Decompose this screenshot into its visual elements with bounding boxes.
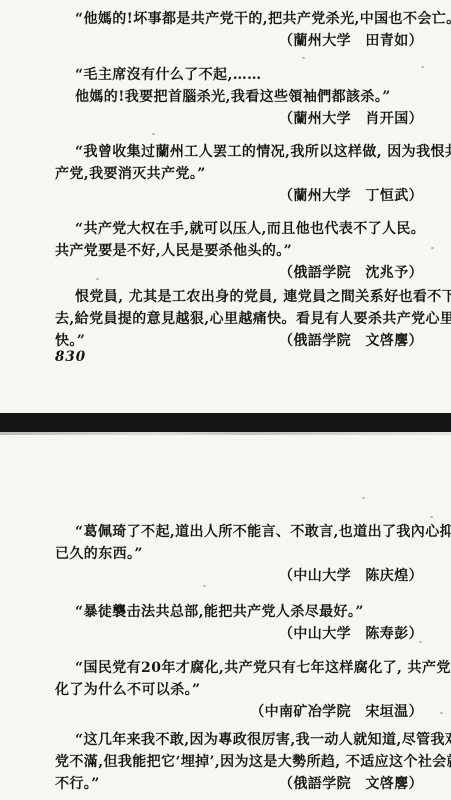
document-scan: “他媽的!坏事都是共产党干的,把共产党杀光,中国也不会亡。”（蘭州大学 田青如）… bbox=[0, 0, 451, 800]
attribution-line: 快。”（俄語学院 文啓麐） bbox=[55, 330, 440, 352]
scan-speckle bbox=[152, 133, 155, 135]
attribution-label: （蘭州大学 肖开国） bbox=[279, 108, 423, 130]
quote-line: “毛主席沒有什么了不起,…… bbox=[55, 64, 440, 86]
attribution-line: （中山大学 陈庆煌） bbox=[55, 565, 440, 587]
quote-paragraph: “国民党有20年才腐化,共产党只有七年这样腐化了, 共产党腐化了为什么不可以杀。… bbox=[0, 657, 451, 723]
quote-line: 恨党員, 尤其是工农出身的党員, 連党員之間关系好也看不下 bbox=[55, 286, 440, 308]
quote-line: “共产党大权在手,就可以压人,而且他也代表不了人民。 bbox=[55, 218, 440, 240]
quote-line: “我曾收集过蘭州工人罢工的情况,我所以这样做, 因为我恨共 bbox=[55, 141, 440, 163]
attribution-label: （中山大学 陈庆煌） bbox=[279, 565, 423, 587]
scan-speckle bbox=[440, 712, 443, 714]
quote-paragraph: “他媽的!坏事都是共产党干的,把共产党杀光,中国也不会亡。”（蘭州大学 田青如） bbox=[0, 8, 451, 52]
attribution-line: 不行。”（俄語学院 文啓麐） bbox=[55, 773, 440, 795]
attribution-line: （俄語学院 沈兆予） bbox=[55, 262, 440, 284]
page-number: 830 bbox=[55, 349, 86, 365]
attribution-line: （蘭州大学 肖开国） bbox=[55, 108, 440, 130]
quote-line-tail: 不行。” bbox=[55, 773, 100, 795]
page-divider-bar bbox=[0, 413, 451, 432]
quote-line: 化了为什么不可以杀。” bbox=[55, 679, 440, 701]
quote-line: 他媽的!我要把首腦杀光,我看这些領袖們都該杀。” bbox=[55, 86, 440, 108]
attribution-line: （中山大学 陈寿彭） bbox=[55, 623, 440, 645]
attribution-line: （蘭州大学 丁恒武） bbox=[55, 185, 440, 207]
attribution-label: （俄語学院 沈兆予） bbox=[279, 262, 423, 284]
quote-paragraph: 恨党員, 尤其是工农出身的党員, 連党員之間关系好也看不下去,給党員提的意見越狠… bbox=[0, 286, 451, 352]
scan-speckle bbox=[430, 516, 433, 518]
attribution-line: （蘭州大学 田青如） bbox=[55, 30, 440, 52]
quote-paragraph: “暴徒襲击法共总部,能把共产党人杀尽最好。”（中山大学 陈寿彭） bbox=[0, 601, 451, 645]
quote-paragraph: “这几年来我不敢,因为專政很厉害,我一动人就知道,尽管我对党不滿,但我能把它‘埋… bbox=[0, 729, 451, 795]
quote-line: 产党,我要消灭共产党。” bbox=[55, 163, 440, 185]
scan-speckle bbox=[431, 247, 434, 249]
quote-paragraph: “共产党大权在手,就可以压人,而且他也代表不了人民。共产党要是不好,人民是要杀他… bbox=[0, 218, 451, 284]
quote-line: 党不滿,但我能把它‘埋掉’,因为这是大勢所趋, 不适应这个社会就 bbox=[55, 751, 440, 773]
quote-paragraph: “毛主席沒有什么了不起,……他媽的!我要把首腦杀光,我看这些領袖們都該杀。”（蘭… bbox=[0, 64, 451, 130]
quote-paragraph: “葛佩琦了不起,道出人所不能言、不敢言,也道出了我內心抑郁已久的东西。”（中山大… bbox=[0, 521, 451, 587]
quote-line: “暴徒襲击法共总部,能把共产党人杀尽最好。” bbox=[55, 601, 440, 623]
quote-line: 共产党要是不好,人民是要杀他头的。” bbox=[55, 240, 440, 262]
attribution-label: （中南矿冶学院 宋垣温） bbox=[250, 701, 423, 723]
scan-speckle bbox=[203, 585, 206, 587]
quote-line: 已久的东西。” bbox=[55, 543, 440, 565]
scan-speckle bbox=[96, 278, 99, 280]
quote-line: “国民党有20年才腐化,共产党只有七年这样腐化了, 共产党腐 bbox=[55, 657, 440, 679]
quote-line: “他媽的!坏事都是共产党干的,把共产党杀光,中国也不会亡。” bbox=[55, 8, 440, 30]
scan-speckle bbox=[362, 497, 365, 499]
quote-line: “这几年来我不敢,因为專政很厉害,我一动人就知道,尽管我对 bbox=[55, 729, 440, 751]
attribution-label: （俄語学院 文啓麐） bbox=[279, 330, 423, 352]
attribution-line: （中南矿冶学院 宋垣温） bbox=[55, 701, 440, 723]
quote-paragraph: “我曾收集过蘭州工人罢工的情况,我所以这样做, 因为我恨共产党,我要消灭共产党。… bbox=[0, 141, 451, 207]
attribution-label: （中山大学 陈寿彭） bbox=[279, 623, 423, 645]
attribution-label: （蘭州大学 田青如） bbox=[279, 30, 423, 52]
scan-speckle bbox=[421, 66, 424, 68]
attribution-label: （俄語学院 文啓麐） bbox=[279, 773, 423, 795]
scan-speckle bbox=[302, 57, 305, 59]
attribution-label: （蘭州大学 丁恒武） bbox=[279, 185, 423, 207]
scan-speckle bbox=[419, 641, 422, 643]
quote-line: “葛佩琦了不起,道出人所不能言、不敢言,也道出了我內心抑郁 bbox=[55, 521, 440, 543]
quote-line: 去,給党員提的意見越狠,心里越痛快。看見有人要杀共产党心里痛 bbox=[55, 308, 440, 330]
